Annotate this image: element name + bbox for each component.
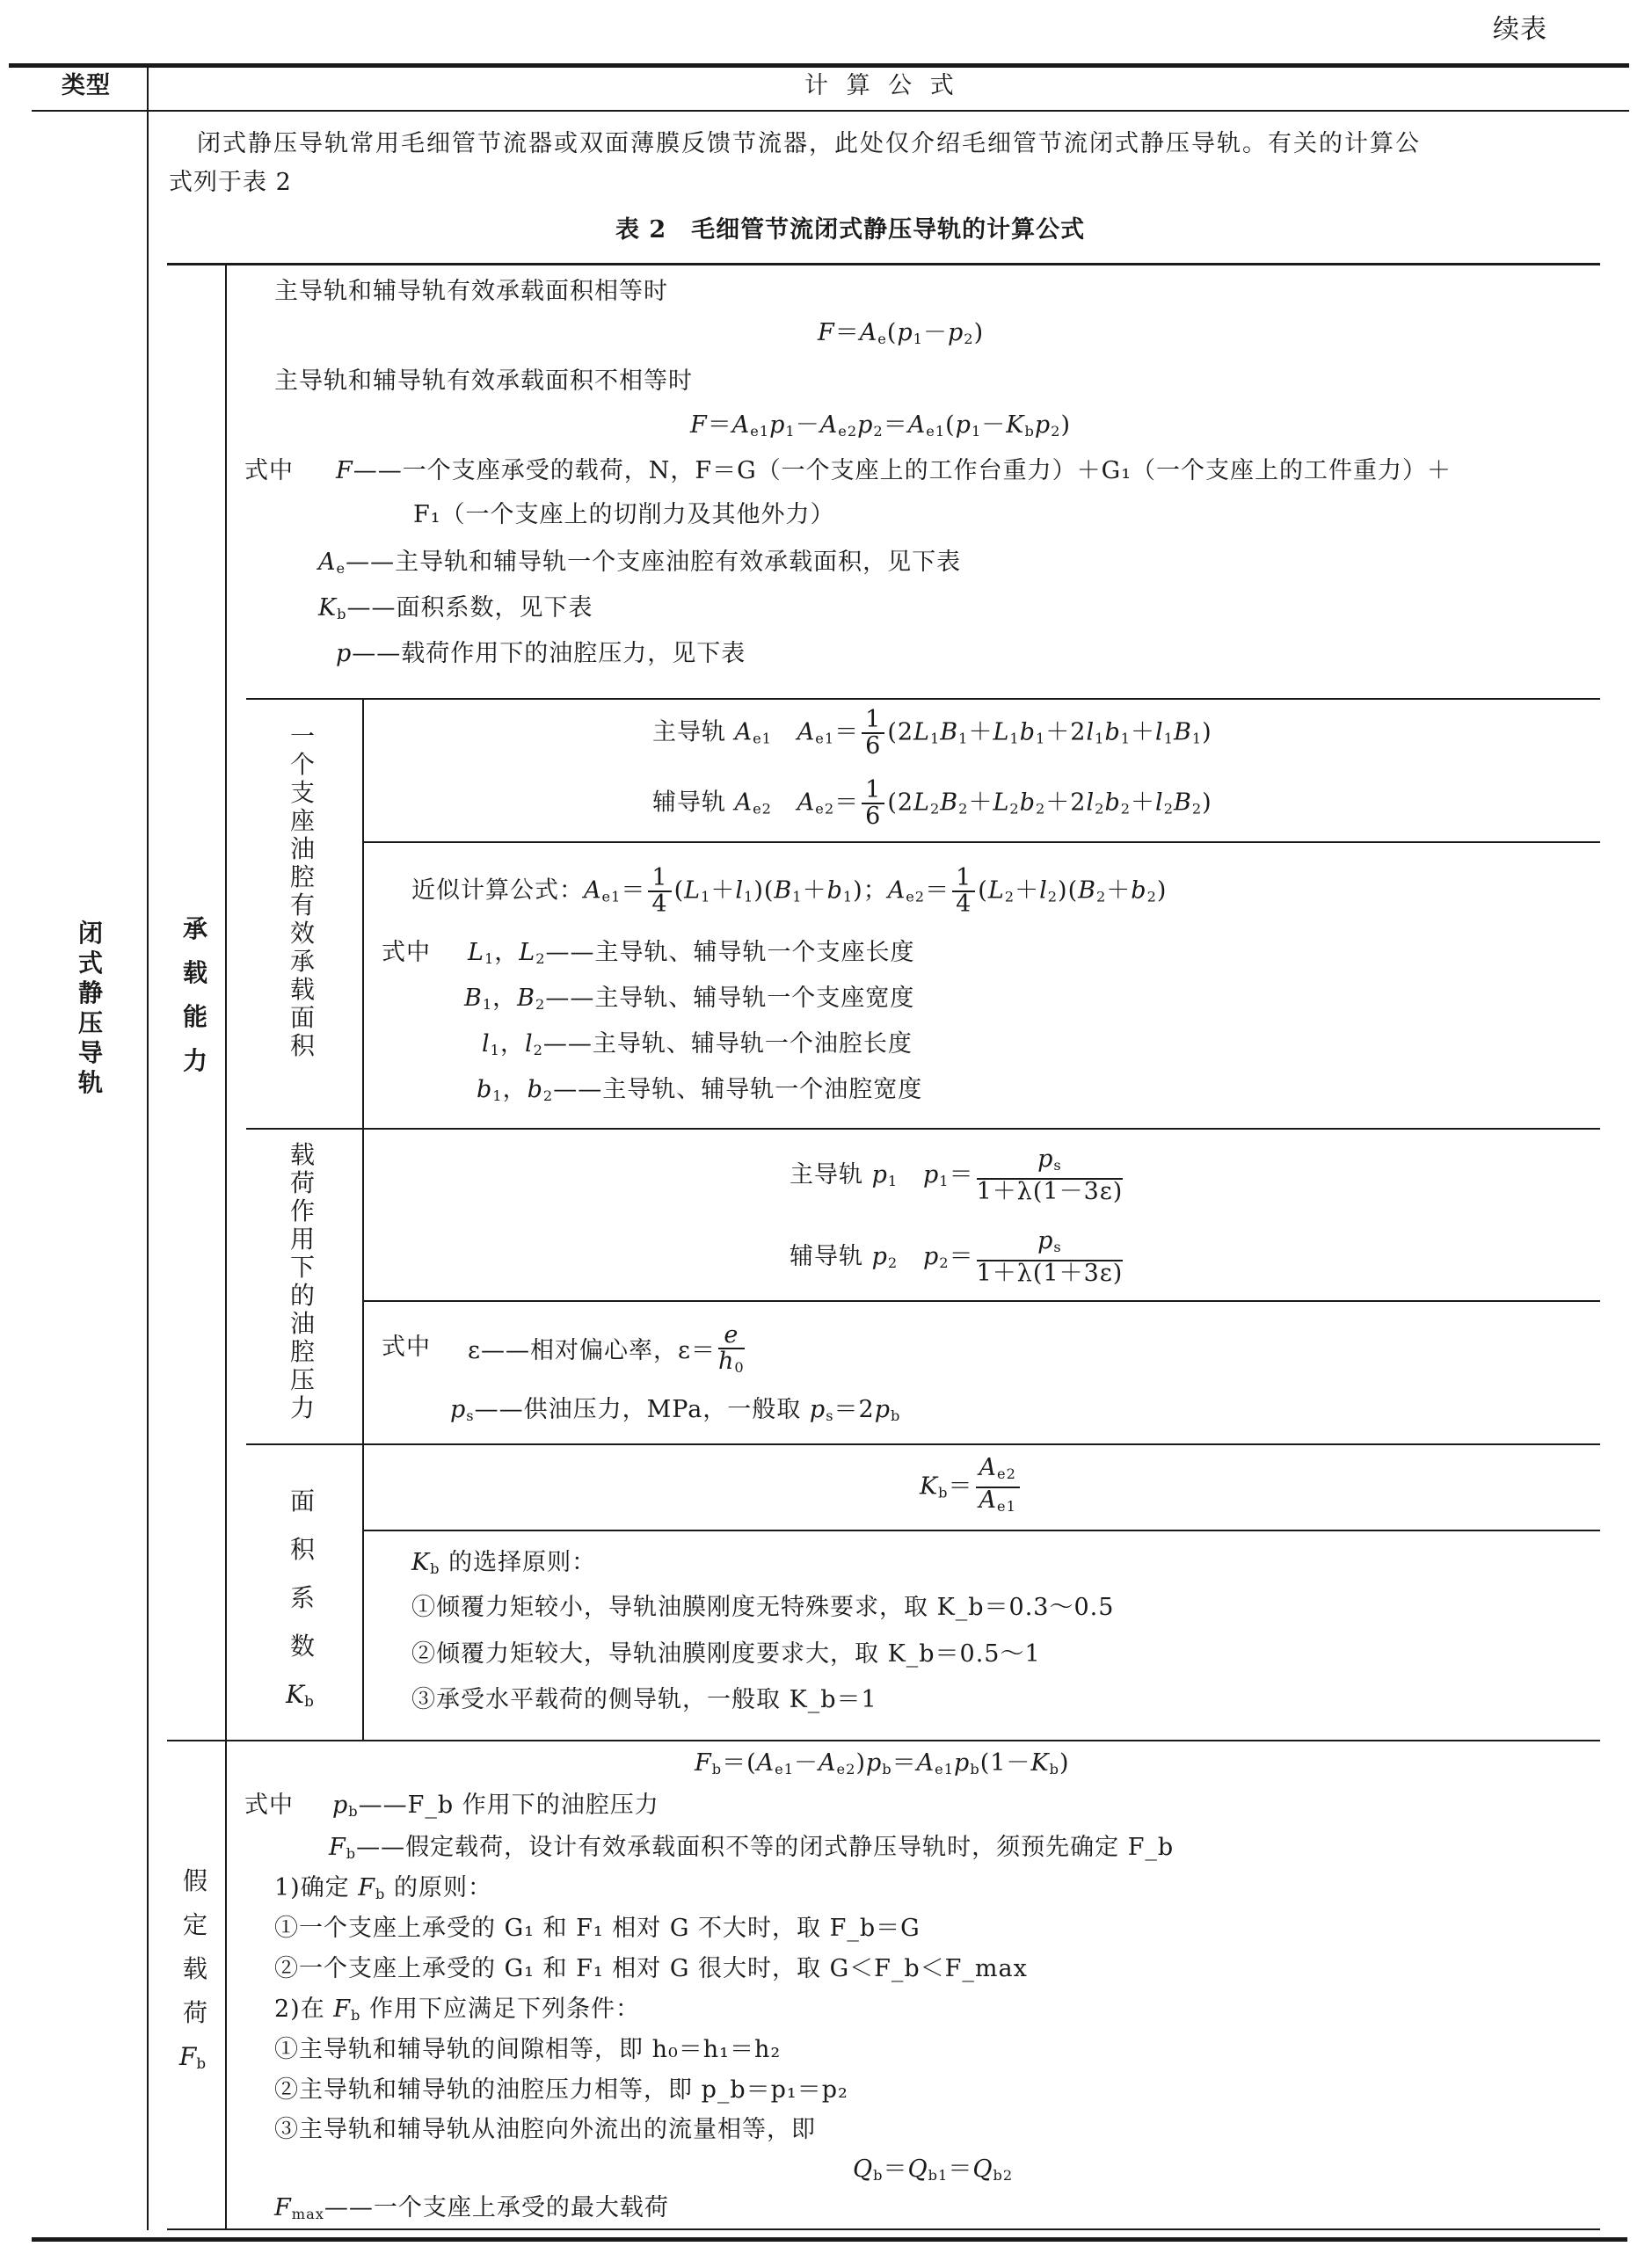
- def-Kb: Kb——面积系数，见下表: [318, 594, 593, 629]
- def-Fmax: Fmax——一个支座上承受的最大载荷: [274, 2194, 669, 2228]
- header-bottom-rule: [32, 110, 1629, 112]
- kb-principle-2: ②倾覆力矩较大，导轨油膜刚度要求大，取 K_b＝0.5～1: [411, 1640, 1041, 1668]
- where-label-1: 式中: [244, 457, 294, 485]
- def-F-cont: F₁（一个支座上的切削力及其他外力）: [413, 501, 835, 529]
- rule2-title: 2)在 Fb 作用下应满足下列条件：: [274, 1996, 640, 2030]
- header-type: 类型: [62, 72, 111, 100]
- aux-rail-pressure-formula: 辅导轨 p2 p2＝ps1＋λ(1＋3ε): [790, 1229, 1125, 1286]
- def-p: p——载荷作用下的油腔压力，见下表: [336, 640, 746, 668]
- unequal-area-text: 主导轨和辅导轨有效承载面积不相等时: [274, 367, 693, 396]
- subrow-area-coef-label: 面积系数Kb: [287, 1477, 317, 1726]
- unequal-area-formula: F＝Ae1p1－Ae2p2＝Ae1(p1－Kbp2): [690, 411, 1071, 446]
- table-top-rule: [9, 63, 1629, 68]
- kb-principle-1: ①倾覆力矩较小，导轨油膜刚度无特殊要求，取 K_b＝0.3～0.5: [411, 1594, 1114, 1622]
- kb-principle-3: ③承受水平载荷的侧导轨，一般取 K_b＝1: [411, 1686, 877, 1714]
- kb-principle-title: Kb 的选择原则：: [411, 1549, 596, 1583]
- subrow2-mid-rule: [363, 1300, 1600, 1302]
- bearing-column-divider: [225, 264, 227, 2230]
- kb-formula: Kb＝Ae2Ae1: [920, 1456, 1022, 1519]
- subrow1-top-rule: [246, 698, 1600, 700]
- subrow1-mid-rule: [363, 841, 1600, 843]
- def-pb: pb——F_b 作用下的油腔压力: [332, 1792, 659, 1826]
- rule1-item-1: ①一个支座上承受的 G₁ 和 F₁ 相对 G 不大时，取 F_b＝G: [274, 1915, 921, 1943]
- def-F: F——一个支座承受的载荷，N，F＝G（一个支座上的工作台重力）＋G₁（一个支座上…: [336, 457, 1452, 485]
- intro-line-1: 闭式静压导轨常用毛细管节流器或双面薄膜反馈节流器，此处仅介绍毛细管节流闭式静压导…: [197, 130, 1421, 158]
- def-epsilon: ε——相对偏心率，ε＝eh0: [468, 1323, 747, 1380]
- assumed-load-formula: Fb＝(Ae1－Ae2)pb＝Ae1pb(1－Kb): [695, 1749, 1070, 1784]
- sublabel-column-divider: [362, 698, 364, 1741]
- inner-bottom-rule: [167, 2228, 1600, 2230]
- def-Ae: Ae——主导轨和辅导轨一个支座油腔有效承载面积，见下表: [318, 549, 961, 583]
- subrow-oil-pressure-label: 载荷作用下的油腔压力: [287, 1141, 317, 1422]
- equal-area-formula: F＝Ae(p1－p2): [818, 319, 984, 353]
- subrow3-top-rule: [246, 1443, 1600, 1445]
- equal-area-text: 主导轨和辅导轨有效承载面积相等时: [274, 278, 668, 306]
- def-l: l1，l2——主导轨、辅导轨一个油腔长度: [482, 1030, 913, 1065]
- row-type-label: 闭式静压导轨: [76, 919, 106, 1098]
- where-label-3: 式中: [382, 1334, 431, 1362]
- where-label-4: 式中: [244, 1792, 294, 1820]
- continued-label: 续表: [1493, 16, 1547, 44]
- subrow2-top-rule: [246, 1128, 1600, 1130]
- main-rail-pressure-formula: 主导轨 p1 p1＝ps1＋λ(1－3ε): [790, 1147, 1125, 1204]
- def-B: B1，B2——主导轨、辅导轨一个支座宽度: [464, 985, 914, 1019]
- rule1-title: 1)确定 Fb 的原则：: [274, 1874, 492, 1908]
- table2-title: 表 2 毛细管节流闭式静压导轨的计算公式: [615, 216, 1085, 244]
- def-L: L1，L2——主导轨、辅导轨一个支座长度: [468, 939, 915, 973]
- rule1-item-2: ②一个支座上承受的 G₁ 和 F₁ 相对 G 很大时，取 G＜F_b＜F_max: [274, 1955, 1028, 1983]
- subrow3-mid-rule: [363, 1530, 1600, 1531]
- approx-area-formula: 近似计算公式：Ae1＝14(L1＋l1)(B1＋b1)；Ae2＝14(L2＋l2…: [411, 866, 1167, 917]
- rule2-item-3: ③主导轨和辅导轨从油腔向外流出的流量相等，即: [274, 2116, 816, 2144]
- flow-formula: Qb＝Qb1＝Qb2: [853, 2156, 1013, 2190]
- aux-rail-area-formula: 辅导轨 Ae2 Ae2＝16(2L2B2＋L2b2＋2l2b2＋l2B2): [652, 778, 1212, 829]
- rule2-item-2: ②主导轨和辅导轨的油腔压力相等，即 p_b＝p₁＝p₂: [274, 2076, 848, 2105]
- rule2-item-1: ①主导轨和辅导轨的间隙相等，即 h₀＝h₁＝h₂: [274, 2036, 781, 2064]
- def-ps: ps——供油压力，MPa，一般取 ps＝2pb: [450, 1396, 900, 1430]
- main-rail-area-formula: 主导轨 A_e1 主导轨 Ae1 Ae1＝16(2L1B1＋L1b1＋2l1b1…: [652, 708, 1212, 759]
- where-label-2: 式中: [382, 939, 431, 967]
- table-bottom-rule: [32, 2237, 1627, 2242]
- table2-top-rule: [167, 263, 1600, 265]
- subrow-effective-area-label: 一个支座油腔有效承载面积: [287, 723, 317, 1060]
- header-formula: 计 算 公 式: [804, 72, 959, 100]
- assumed-load-label: 假定载荷Fb: [180, 1859, 210, 2085]
- def-Fb: Fb——假定载荷，设计有效承载面积不等的闭式静压导轨时，须预先确定 F_b: [329, 1834, 1174, 1868]
- def-b: b1，b2——主导轨、辅导轨一个油腔宽度: [477, 1076, 922, 1110]
- assumed-load-top-rule: [167, 1740, 1600, 1741]
- type-column-divider: [147, 66, 149, 2230]
- bearing-capacity-label: 承载能力: [180, 907, 210, 1083]
- intro-line-2: 式列于表 2: [169, 169, 292, 197]
